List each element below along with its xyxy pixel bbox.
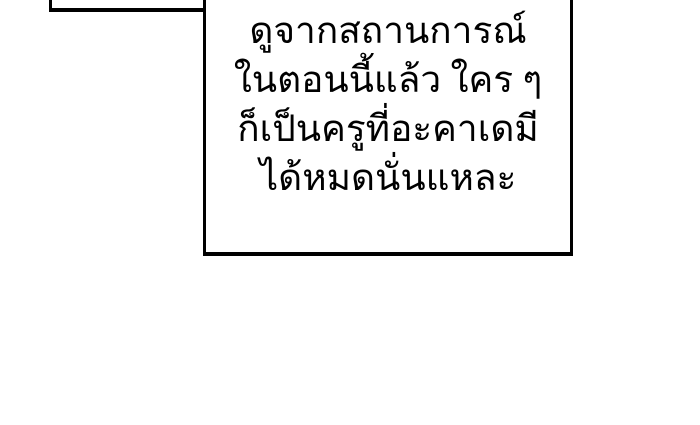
speech-line-4: ได้หมดนั่นแหละ [206, 154, 570, 203]
speech-line-2: ในตอนนี้แล้ว ใคร ๆ [206, 56, 570, 105]
comic-page: ดูจากสถานการณ์ ในตอนนี้แล้ว ใคร ๆ ก็เป็น… [0, 0, 700, 425]
speech-bubble-text: ดูจากสถานการณ์ ในตอนนี้แล้ว ใคร ๆ ก็เป็น… [206, 7, 570, 203]
speech-line-1: ดูจากสถานการณ์ [206, 7, 570, 56]
speech-bubble: ดูจากสถานการณ์ ในตอนนี้แล้ว ใคร ๆ ก็เป็น… [203, 0, 573, 256]
speech-line-3: ก็เป็นครูที่อะคาเดมี [206, 105, 570, 154]
